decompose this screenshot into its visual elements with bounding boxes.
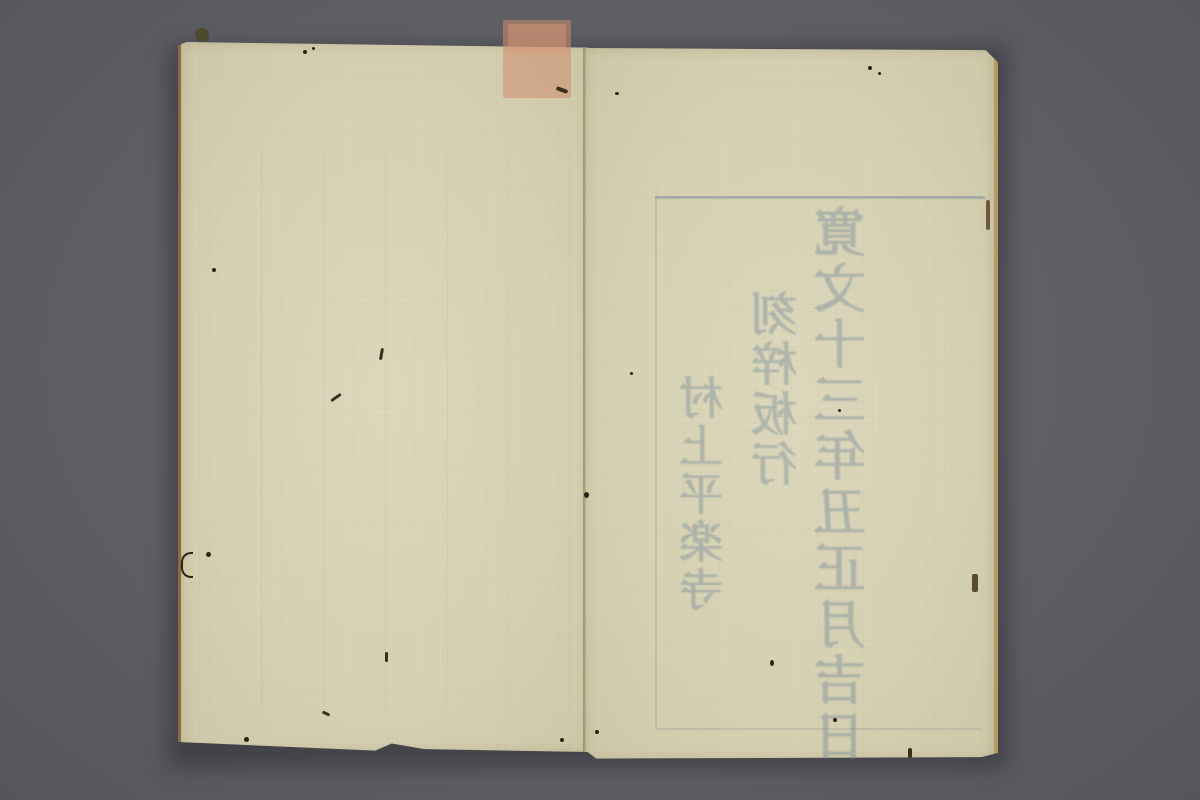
foxing-spot bbox=[244, 737, 249, 742]
edge-damage-mark bbox=[972, 574, 978, 592]
open-book: 寛文十三年丑正月吉日 刻梓板行 村上平楽寺 bbox=[0, 0, 1200, 800]
foxing-spot bbox=[833, 718, 837, 722]
corner-binding-thread bbox=[195, 28, 209, 42]
foxing-spot bbox=[303, 50, 307, 54]
showthrough-column-1: 寛文十三年丑正月吉日 bbox=[815, 205, 875, 765]
foxing-spot bbox=[206, 552, 211, 557]
red-seal-stamp-inner bbox=[508, 24, 566, 52]
worm-hole-mark bbox=[181, 552, 193, 578]
foxing-spot bbox=[312, 47, 315, 50]
foxing-spot bbox=[770, 660, 774, 666]
foxing-spot bbox=[595, 730, 599, 734]
book-gutter bbox=[583, 48, 586, 754]
edge-damage-mark bbox=[986, 200, 990, 230]
foxing-spot bbox=[868, 66, 872, 70]
left-page-faint-ruling bbox=[200, 150, 580, 710]
wormhole-mark bbox=[908, 748, 912, 758]
colophon-frame-top-rule bbox=[655, 196, 985, 199]
foxing-spot bbox=[560, 738, 564, 742]
foxing-spot bbox=[878, 72, 881, 75]
foxing-spot bbox=[838, 409, 841, 412]
foxing-spot bbox=[615, 92, 619, 95]
showthrough-column-3: 村上平楽寺 bbox=[680, 375, 732, 615]
wormhole-mark bbox=[385, 652, 388, 662]
foxing-spot bbox=[630, 372, 633, 375]
foxing-spot bbox=[212, 268, 216, 272]
foxing-spot bbox=[584, 492, 589, 498]
showthrough-column-2: 刻梓板行 bbox=[750, 290, 804, 490]
